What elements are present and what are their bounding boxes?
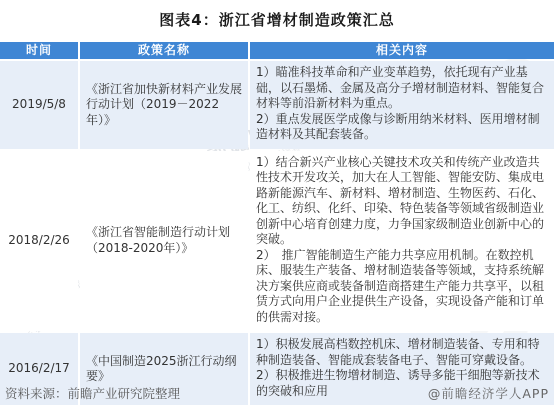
content-item: 2）重点发展医学成像与诊断用纳米材料、医用增材制造材料及其配套装备。 xyxy=(256,112,548,143)
header-cell-related-content: 相关内容 xyxy=(250,42,554,59)
cell-date: 2019/5/8 xyxy=(0,61,78,149)
cell-policy-name: 《浙江省智能制造行动计划（2018-2020年）》 xyxy=(80,151,248,332)
content-item: 1）积极发展高档数控机床、增材制造装备、专用和特种制造装备、智能成套装备电子、智… xyxy=(256,337,548,368)
footer: 资料来源：前瞻产业研究院整理 @前瞻经济学人APP xyxy=(0,384,554,402)
content-item: 1）瞄准科技革命和产业变革趋势，依托现有产业基础，以石墨烯、金属及高分子增材制造… xyxy=(256,65,548,112)
chart-title: 图表4：浙江省增材制造政策汇总 xyxy=(0,9,554,30)
content-item: 1）结合新兴产业核心关键技术攻关和传统产业改造共性技术开发攻关，加大在人工智能、… xyxy=(256,155,548,248)
header-cell-time: 时间 xyxy=(0,42,78,59)
cell-policy-name: 《浙江省加快新材料产业发展行动计划（2019－2022年）》 xyxy=(80,61,248,149)
table-row: 2019/5/8 《浙江省加快新材料产业发展行动计划（2019－2022年）》 … xyxy=(0,61,554,149)
source-note: 资料来源：前瞻产业研究院整理 xyxy=(5,384,180,402)
header-cell-policy-name: 政策名称 xyxy=(80,42,248,59)
cell-related-content: 1）结合新兴产业核心关键技术攻关和传统产业改造共性技术开发攻关，加大在人工智能、… xyxy=(250,151,554,332)
content-item: 2） 推广智能制造生产能力共享应用机制。在数控机床、服装生产装备、增材制造装备等… xyxy=(256,248,548,326)
table-header-row: 时间 政策名称 相关内容 xyxy=(0,42,554,59)
table-row: 2018/2/26 《浙江省智能制造行动计划（2018-2020年）》 1）结合… xyxy=(0,151,554,332)
cell-date: 2018/2/26 xyxy=(0,151,78,332)
table-body: 2019/5/8 《浙江省加快新材料产业发展行动计划（2019－2022年）》 … xyxy=(0,61,554,405)
policy-table: 时间 政策名称 相关内容 2019/5/8 《浙江省加快新材料产业发展行动计划（… xyxy=(0,42,554,405)
figure-page: 前瞻网 中国产业咨询领导者 前瞻产业研究院(股票:839599) 前瞻网 图表4… xyxy=(0,0,554,415)
cell-related-content: 1）瞄准科技革命和产业变革趋势，依托现有产业基础，以石墨烯、金属及高分子增材制造… xyxy=(250,61,554,149)
brand-credit: @前瞻经济学人APP xyxy=(428,384,549,402)
